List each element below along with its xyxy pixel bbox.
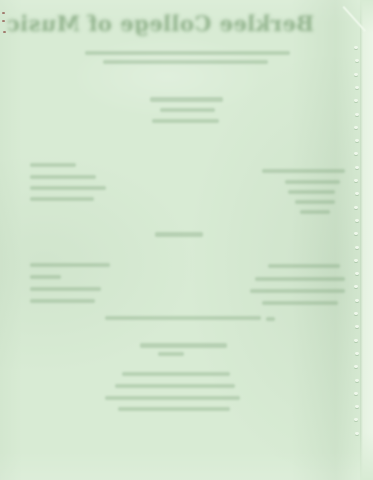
- perforation-dot: [354, 259, 358, 262]
- scanned-program-page: Berklee College of Music: [0, 0, 373, 480]
- perforation-dot: [355, 299, 359, 302]
- perforation-dot: [354, 73, 358, 76]
- perforation-dot: [354, 179, 358, 182]
- bleed-section-heading: [158, 352, 184, 356]
- perforation-dot: [354, 99, 358, 102]
- bleed-closing-paragraph: [115, 384, 235, 388]
- bleed-left-program-1: [30, 197, 94, 201]
- bleed-address-lines: [103, 60, 268, 64]
- perforation-dot: [354, 285, 358, 288]
- perforation-dot: [355, 86, 359, 89]
- perforation-dot: [354, 365, 358, 368]
- bleed-closing-paragraph: [122, 372, 230, 376]
- perforation-dot: [355, 272, 359, 275]
- perforation-dot: [354, 126, 358, 129]
- ink-speck: [2, 12, 5, 14]
- perforation-dot: [355, 352, 359, 355]
- ink-speck: [3, 31, 6, 33]
- perforation-dot: [354, 152, 358, 155]
- bleed-right-program-1: [295, 200, 335, 204]
- perforation-dot: [355, 325, 359, 328]
- bleed-address-lines: [85, 51, 290, 55]
- bleed-left-program-1: [30, 163, 76, 167]
- bleed-event-heading: [152, 119, 219, 123]
- perforation-dot: [354, 46, 358, 49]
- bleed-closing-paragraph: [105, 396, 240, 400]
- perforation-dot: [355, 113, 359, 116]
- perforation-dot: [355, 246, 359, 249]
- perforation-dot: [355, 219, 359, 222]
- bleed-left-program-2: [30, 263, 110, 267]
- perforation-dot: [354, 312, 358, 315]
- bleed-right-program-2: [268, 264, 340, 268]
- perforation-dot: [354, 206, 358, 209]
- bleed-closing-paragraph: [118, 407, 230, 411]
- perforation-dot: [355, 192, 359, 195]
- bleed-right-program-1: [288, 190, 335, 194]
- bleed-event-heading: [160, 108, 215, 112]
- bleed-credit-line: [266, 317, 275, 321]
- perforation-dot: [355, 59, 359, 62]
- bleed-left-program-2: [30, 287, 101, 291]
- bleed-left-program-1: [30, 186, 106, 190]
- bleed-credit-line: [105, 316, 261, 320]
- perforation-dot: [355, 379, 359, 382]
- bleed-section-heading: [140, 343, 227, 348]
- bleed-left-program-2: [30, 275, 61, 279]
- bleed-left-program-1: [30, 175, 96, 179]
- perforation-dot: [354, 339, 358, 342]
- bleed-intermission: [155, 232, 203, 237]
- bleed-through-title: Berklee College of Music: [50, 11, 314, 36]
- bleed-right-program-1: [262, 169, 345, 173]
- page-edge-strip-fade: [360, 0, 373, 480]
- perforation-dot: [355, 166, 359, 169]
- perforation-dot: [355, 405, 359, 408]
- bleed-right-program-1: [300, 210, 330, 214]
- perforation-dot: [355, 139, 359, 142]
- bleed-right-program-2: [255, 277, 345, 281]
- bleed-event-heading: [150, 97, 223, 102]
- perforation-dot: [355, 432, 359, 435]
- perforation-dot: [354, 232, 358, 235]
- perforation-dot: [354, 418, 358, 421]
- bleed-right-program-2: [262, 301, 338, 305]
- bleed-right-program-2: [250, 289, 345, 293]
- ink-speck: [2, 20, 5, 22]
- bleed-left-program-2: [30, 299, 95, 303]
- bleed-right-program-1: [285, 180, 340, 184]
- perforation-dot: [354, 392, 358, 395]
